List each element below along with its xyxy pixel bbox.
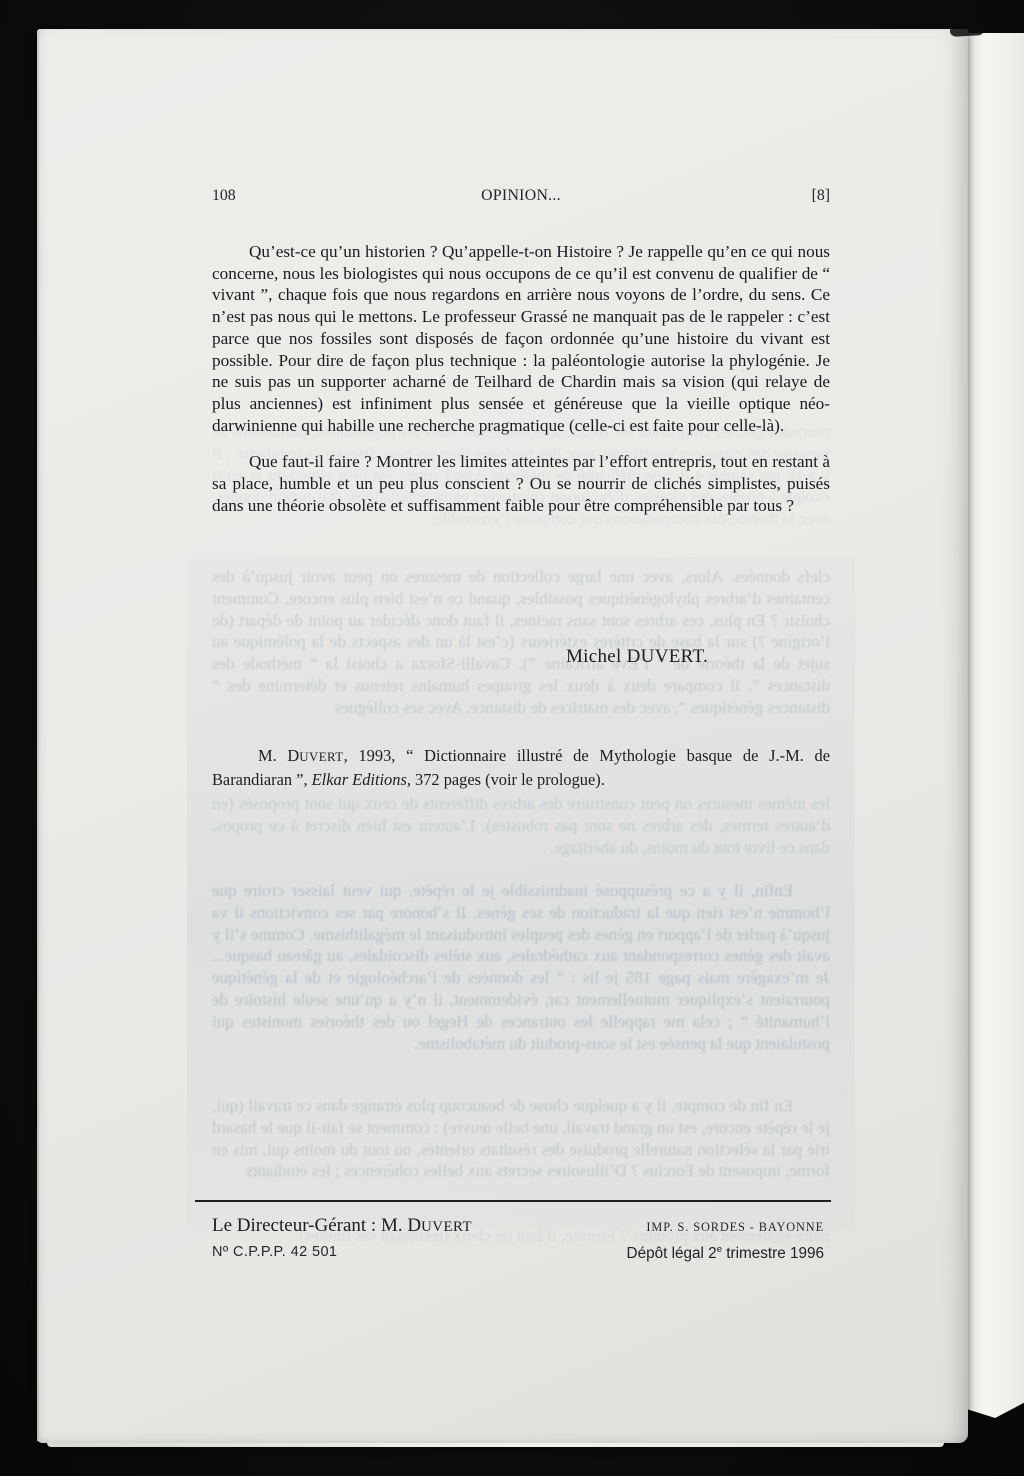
bleedthrough-block-a: clefs données. Alors, avec une large col… (212, 566, 830, 719)
reference-pages: 372 pages (voir le prologue). (411, 770, 605, 789)
page-number: 108 (212, 187, 481, 205)
page-left-edge (37, 31, 39, 1441)
article-paragraph-1: Qu’est-ce qu’un historien ? Qu’appelle-t… (212, 241, 830, 436)
bleedthrough-block-d: En fin de compte, il y a quelque chose d… (212, 1095, 830, 1182)
bibliographic-reference: M. DUVERT, 1993, “ Dictionnaire illustré… (212, 745, 830, 791)
director-line: Le Directeur-Gérant : M. DUVERT (212, 1215, 472, 1237)
director-smallcaps: UVERT (421, 1219, 472, 1235)
legal-text: Dépôt légal 2 (627, 1245, 717, 1262)
scanned-book-photo: procédés qui, en comparant les fréquence… (0, 0, 1024, 1476)
page-fold-notch (950, 26, 984, 37)
printer-line: IMP. S. SORDES - BAYONNE (627, 1220, 824, 1235)
reference-author-smallcaps: UVERT (299, 750, 343, 764)
author-signature: Michel DUVERT. (212, 646, 830, 668)
director-text: Le Directeur-Gérant : M. D (212, 1215, 421, 1236)
footer-rule (195, 1200, 831, 1202)
scanned-page: procédés qui, en comparant les fréquence… (37, 29, 968, 1443)
bleedthrough-block-c: Enfin, il y a ce présupposé inadmissible… (212, 880, 830, 1054)
running-header: 108 OPINION... [8] (212, 187, 830, 205)
footer-left-column: Le Directeur-Gérant : M. DUVERT Nº C.P.P… (212, 1215, 472, 1260)
legal-deposit-line: Dépôt légal 2e trimestre 1996 (627, 1244, 824, 1263)
cppp-line: Nº C.P.P.P. 42 501 (212, 1244, 472, 1260)
running-title: OPINION... (481, 187, 561, 205)
article-body: Qu’est-ce qu’un historien ? Qu’appelle-t… (212, 241, 830, 516)
facing-page-edge (964, 33, 1024, 1425)
legal-text-end: trimestre 1996 (722, 1245, 824, 1262)
article-paragraph-2: Que faut-il faire ? Montrer les limites … (212, 451, 830, 516)
reference-author: M. D (258, 746, 299, 765)
imprint-footer: Le Directeur-Gérant : M. DUVERT Nº C.P.P… (212, 1215, 830, 1263)
footer-right-column: IMP. S. SORDES - BAYONNE Dépôt légal 2e … (627, 1215, 830, 1263)
bleedthrough-block-b: les mêmes mesures on peut construire des… (212, 793, 830, 858)
reference-publisher: Elkar Editions, (312, 770, 411, 789)
issue-marker: [8] (561, 187, 830, 205)
